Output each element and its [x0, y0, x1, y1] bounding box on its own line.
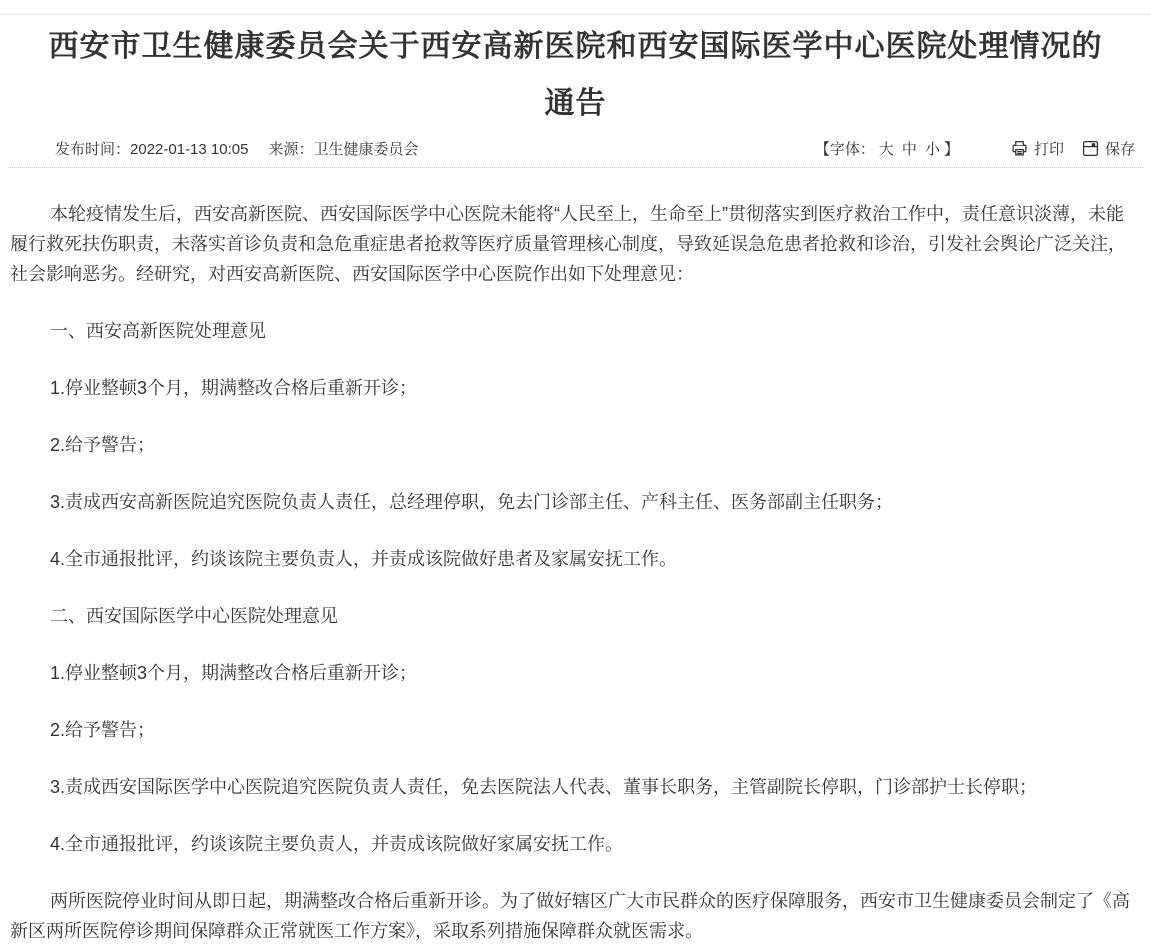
paragraph: 3.责成西安国际医学中心医院追究医院负责人责任，免去医院法人代表、董事长职务，主… [10, 772, 1139, 802]
print-icon [1011, 140, 1028, 157]
page-title-line1: 西安市卫生健康委员会关于西安高新医院和西安国际医学中心医院处理情况的 [18, 18, 1133, 75]
paragraph: 2.给予警告； [10, 430, 1139, 460]
publish-time: 发布时间：2022-01-13 10:05 [55, 138, 248, 159]
font-size-suffix: 】 [944, 138, 959, 159]
paragraph-intro: 本轮疫情发生后，西安高新医院、西安国际医学中心医院未能将“人民至上，生命至上”贯… [10, 199, 1139, 289]
source-value: 卫生健康委员会 [313, 141, 418, 158]
paragraph: 3.责成西安高新医院追究医院负责人责任，总经理停职，免去门诊部主任、产科主任、医… [10, 487, 1139, 517]
save-icon [1082, 140, 1099, 157]
save-button[interactable]: 保存 [1082, 138, 1135, 159]
font-size-control: 【字体： 大 中 小 】 [815, 138, 959, 159]
page-title: 西安市卫生健康委员会关于西安高新医院和西安国际医学中心医院处理情况的 通告 [0, 15, 1151, 132]
save-button-label: 保存 [1105, 138, 1135, 159]
paragraph: 4.全市通报批评，约谈该院主要负责人，并责成该院做好家属安抚工作。 [10, 829, 1139, 859]
font-size-large-link[interactable]: 大 [879, 138, 894, 159]
font-size-small-link[interactable]: 小 [925, 138, 940, 159]
print-button-label: 打印 [1034, 138, 1064, 159]
page-title-line2: 通告 [18, 75, 1133, 132]
paragraph: 1.停业整顿3个月，期满整改合格后重新开诊； [10, 373, 1139, 403]
source: 来源：卫生健康委员会 [268, 138, 418, 159]
section-heading-2: 二、西安国际医学中心医院处理意见 [10, 601, 1139, 631]
print-button[interactable]: 打印 [1011, 138, 1064, 159]
publish-time-label: 发布时间： [55, 141, 130, 158]
paragraph: 4.全市通报批评，约谈该院主要负责人，并责成该院做好患者及家属安抚工作。 [10, 544, 1139, 574]
font-size-prefix: 【字体： [815, 138, 875, 159]
paragraph: 2.给予警告； [10, 715, 1139, 745]
meta-right: 【字体： 大 中 小 】 打印 保存 [815, 138, 1135, 159]
paragraph-closing: 两所医院停业时间从即日起，期满整改合格后重新开诊。为了做好辖区广大市民群众的医疗… [10, 886, 1139, 946]
article-meta-bar: 发布时间：2022-01-13 10:05 来源：卫生健康委员会 【字体： 大 … [0, 132, 1151, 160]
section-heading-1: 一、西安高新医院处理意见 [10, 316, 1139, 346]
font-size-medium-link[interactable]: 中 [902, 138, 917, 159]
source-label: 来源： [268, 141, 313, 158]
article-body: 本轮疫情发生后，西安高新医院、西安国际医学中心医院未能将“人民至上，生命至上”贯… [0, 168, 1151, 946]
paragraph: 1.停业整顿3个月，期满整改合格后重新开诊； [10, 658, 1139, 688]
publish-time-value: 2022-01-13 10:05 [130, 141, 248, 158]
meta-left: 发布时间：2022-01-13 10:05 来源：卫生健康委员会 [55, 138, 418, 159]
